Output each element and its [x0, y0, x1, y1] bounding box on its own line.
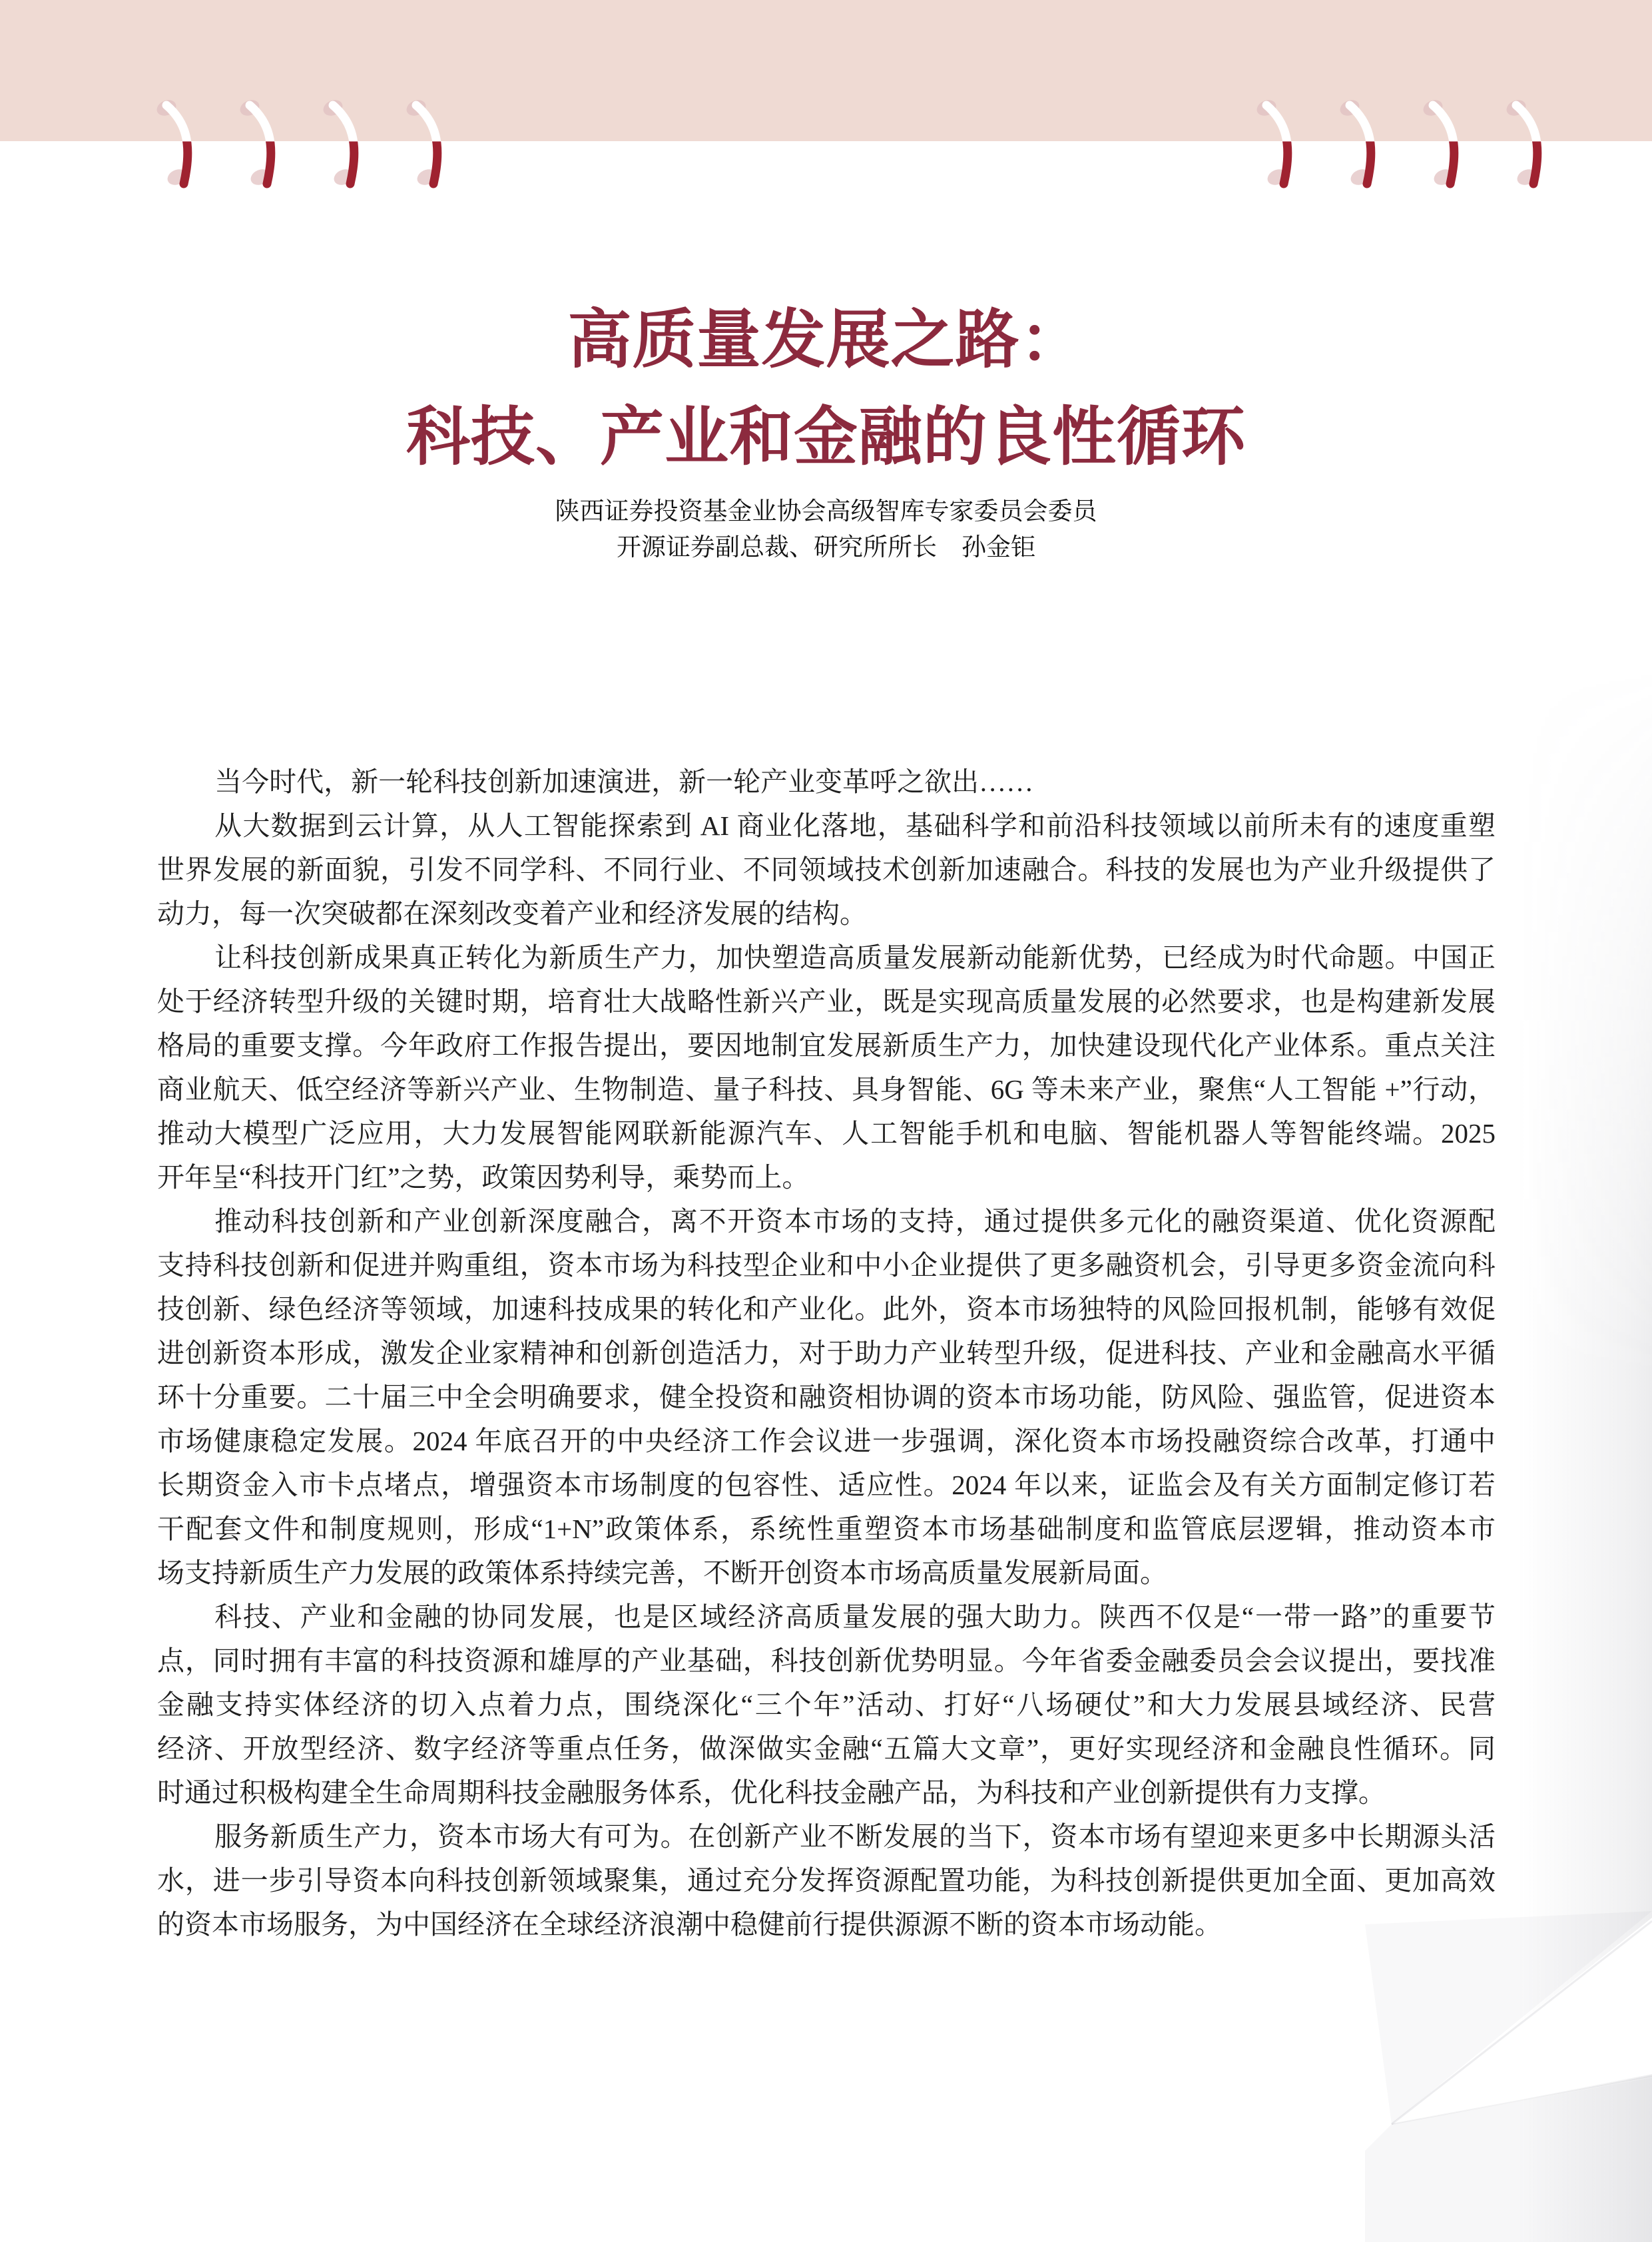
- body-line: 场支持新质生产力发展的政策体系持续完善，不断开创资本市场高质量发展新局面。: [157, 1551, 1496, 1595]
- body-line: 进创新资本形成，激发企业家精神和创新创造活力，对于助力产业转型升级，促进科技、产…: [157, 1331, 1496, 1375]
- body-line: 环十分重要。二十届三中全会明确要求，健全投资和融资相协调的资本市场功能，防风险、…: [157, 1375, 1496, 1419]
- body-line: 点，同时拥有丰富的科技资源和雄厚的产业基础，科技创新优势明显。今年省委金融委员会…: [157, 1639, 1496, 1683]
- body-line: 的资本市场服务，为中国经济在全球经济浪潮中稳健前行提供源源不断的资本市场动能。: [157, 1902, 1496, 1946]
- body-line: 市场健康稳定发展。2024 年底召开的中央经济工作会议进一步强调，深化资本市场投…: [157, 1419, 1496, 1463]
- byline-author: 开源证券副总裁、研究所所长 孙金钜: [0, 530, 1652, 566]
- article-title-line1: 高质量发展之路：: [0, 292, 1652, 389]
- body-line: 干配套文件和制度规则，形成“1+N”政策体系，系统性重塑资本市场基础制度和监管底…: [157, 1507, 1496, 1551]
- body-line: 水，进一步引导资本向科技创新领域聚集，通过充分发挥资源配置功能，为科技创新提供更…: [157, 1858, 1496, 1902]
- body-line: 商业航天、低空经济等新兴产业、生物制造、量子科技、具身智能、6G 等未来产业，聚…: [157, 1067, 1496, 1111]
- article-title: 高质量发展之路： 科技、产业和金融的良性循环: [0, 292, 1652, 486]
- body-line: 经济、开放型经济、数字经济等重点任务，做深做实金融“五篇大文章”，更好实现经济和…: [157, 1727, 1496, 1771]
- article-body: 当今时代，新一轮科技创新加速演进，新一轮产业变革呼之欲出…… 从大数据到云计算，…: [157, 760, 1496, 1946]
- binding-ring-icon: [1421, 99, 1474, 192]
- binding-ring-icon: [1338, 99, 1391, 192]
- binding-ring-icon: [404, 99, 457, 192]
- byline: 陕西证券投资基金业协会高级智库专家委员会委员 开源证券副总裁、研究所所长 孙金钜: [0, 494, 1652, 566]
- byline-affiliation: 陕西证券投资基金业协会高级智库专家委员会委员: [0, 494, 1652, 530]
- body-line: 推动科技创新和产业创新深度融合，离不开资本市场的支持，通过提供多元化的融资渠道、…: [157, 1199, 1496, 1243]
- page-curl: [1365, 1911, 1652, 2242]
- body-line: 金融支持实体经济的切入点着力点，围绕深化“三个年”活动、打好“八场硬仗”和大力发…: [157, 1683, 1496, 1727]
- body-line: 服务新质生产力，资本市场大有可为。在创新产业不断发展的当下，资本市场有望迎来更多…: [157, 1815, 1496, 1858]
- body-line: 技创新、绿色经济等领域，加速科技成果的转化和产业化。此外，资本市场独特的风险回报…: [157, 1287, 1496, 1331]
- body-line: 当今时代，新一轮科技创新加速演进，新一轮产业变革呼之欲出……: [157, 760, 1496, 804]
- body-line: 支持科技创新和促进并购重组，资本市场为科技型企业和中小企业提供了更多融资机会，引…: [157, 1243, 1496, 1287]
- binding-ring-icon: [1504, 99, 1557, 192]
- binding-ring-icon: [154, 99, 208, 192]
- body-line: 推动大模型广泛应用，大力发展智能网联新能源汽车、人工智能手机和电脑、智能机器人等…: [157, 1111, 1496, 1155]
- body-line: 世界发展的新面貌，引发不同学科、不同行业、不同领域技术创新加速融合。科技的发展也…: [157, 848, 1496, 892]
- body-line: 科技、产业和金融的协同发展，也是区域经济高质量发展的强大助力。陕西不仅是“一带一…: [157, 1595, 1496, 1639]
- article-title-line2: 科技、产业和金融的良性循环: [0, 389, 1652, 486]
- body-line: 长期资金入市卡点堵点，增强资本市场制度的包容性、适应性。2024 年以来，证监会…: [157, 1463, 1496, 1507]
- binding-ring-icon: [1254, 99, 1308, 192]
- body-line: 让科技创新成果真正转化为新质生产力，加快塑造高质量发展新动能新优势，已经成为时代…: [157, 936, 1496, 980]
- body-line: 处于经济转型升级的关键时期，培育壮大战略性新兴产业，既是实现高质量发展的必然要求…: [157, 980, 1496, 1023]
- binding-ring-icon: [238, 99, 291, 192]
- body-line: 开年呈“科技开门红”之势，政策因势利导，乘势而上。: [157, 1155, 1496, 1199]
- body-line: 动力，每一次突破都在深刻改变着产业和经济发展的结构。: [157, 892, 1496, 936]
- document-page: 高质量发展之路： 科技、产业和金融的良性循环 陕西证券投资基金业协会高级智库专家…: [0, 0, 1652, 2242]
- body-line: 时通过积极构建全生命周期科技金融服务体系，优化科技金融产品，为科技和产业创新提供…: [157, 1771, 1496, 1815]
- binding-ring-icon: [321, 99, 374, 192]
- body-line: 格局的重要支撑。今年政府工作报告提出，要因地制宜发展新质生产力，加快建设现代化产…: [157, 1023, 1496, 1067]
- body-line: 从大数据到云计算，从人工智能探索到 AI 商业化落地，基础科学和前沿科技领域以前…: [157, 804, 1496, 848]
